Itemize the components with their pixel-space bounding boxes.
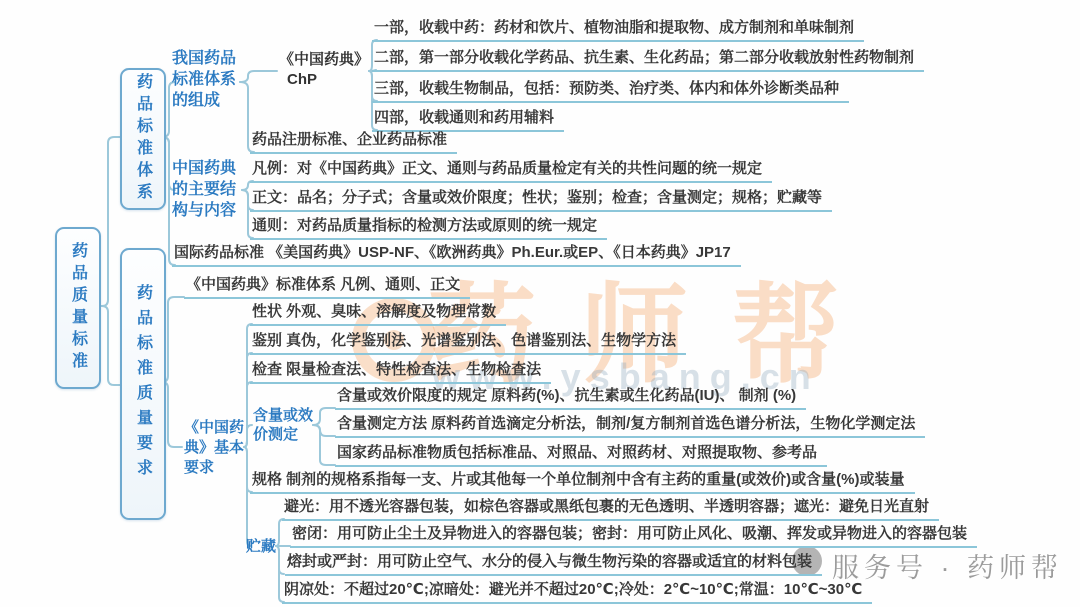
node-chp-title: 《中国药典》 <box>279 51 369 68</box>
node-group-storage: 贮藏 <box>246 538 276 556</box>
node-storage-closed-sealed: 密闭：用可防止尘土及异物进入的容器包装；密封：用可防止风化、吸潮、挥发或异物进入… <box>290 524 977 548</box>
node-chp-abbr: ChP <box>279 70 369 90</box>
node-group-assay: 含量或效价测定 <box>253 406 315 444</box>
node-branch-standard-system: 药品标准体系 <box>120 68 166 210</box>
node-general-chapters: 通则：对药品质量指标的检测方法或原则的统一规定 <box>250 216 607 240</box>
node-branch-standard-system-label: 药品标准体系 <box>132 73 155 205</box>
node-chp-volume1: 一部，收载中药：药材和饮片、植物油脂和提取物、成方制剂和单味制剂 <box>372 18 864 42</box>
node-chp: 《中国药典》 ChP <box>279 50 369 90</box>
node-assay-limits: 含量或效价限度的规定 原料药(%)、抗生素或生化药品(IU)、 制剂 (%) <box>335 386 806 410</box>
node-monographs: 正文：品名；分子式；含量或效价限度；性状；鉴别；检查；含量测定；规格；贮藏等 <box>250 188 832 212</box>
node-chp-volume2: 二部，第一部分收载化学药品、抗生素、生化药品；第二部分收载放射性药物制剂 <box>372 48 924 72</box>
node-registration-enterprise-standard: 药品注册标准、企业药品标准 <box>250 130 457 154</box>
node-chp-volume3: 三部，收载生物制品，包括：预防类、治疗类、体内和体外诊断类品种 <box>372 79 849 103</box>
node-storage-fused-sealed: 熔封或严封：用可防止空气、水分的侵入与微生物污染的容器或适宜的材料包装 <box>285 552 822 576</box>
node-specification: 规格 制剂的规格系指每一支、片或其他每一个单位制剂中含有主药的重量(或效价)或含… <box>250 470 915 494</box>
node-identification: 鉴别 真伪，化学鉴别法、光谱鉴别法、色谱鉴别法、生物学方法 <box>250 331 686 355</box>
node-branch-quality-requirements: 药品标准质量要求 <box>120 248 166 520</box>
node-storage-temperatures: 阴凉处：不超过20℃;凉暗处：避光并不超过20℃;冷处：2℃~10℃;常温：10… <box>282 580 872 604</box>
node-reference-substances: 国家药品标准物质包括标准品、对照品、对照药材、对照提取物、参考品 <box>335 443 827 467</box>
mindmap-canvas: 药师帮 www.ysbang.cn 服务号 · 药师帮 <box>0 0 1080 607</box>
node-group-composition: 我国药品标准体系的组成 <box>172 48 240 111</box>
node-assay-methods: 含量测定方法 原料药首选滴定分析法，制剂/复方制剂首选色谱分析法，生物化学测定法 <box>335 414 925 438</box>
node-tests: 检查 限量检查法、特性检查法、生物检查法 <box>250 360 551 384</box>
node-storage-avoid-light: 避光：用不透光容器包装，如棕色容器或黑纸包裹的无色透明、半透明容器；遮光：避免日… <box>282 497 939 521</box>
node-properties: 性状 外观、臭味、溶解度及物理常数 <box>250 302 506 326</box>
node-chp-standard-system: 《中国药典》标准体系 凡例、通则、正文 <box>184 275 470 299</box>
node-group-structure-content: 中国药典的主要结构与内容 <box>172 158 244 221</box>
node-root: 药品质量标准 <box>55 227 101 389</box>
node-chp-volume4: 四部，收载通则和药用辅料 <box>372 108 564 132</box>
node-root-label: 药品质量标准 <box>67 242 90 374</box>
node-branch-quality-requirements-label: 药品标准质量要求 <box>132 284 155 484</box>
node-international-standards: 国际药品标准 《美国药典》USP-NF、《欧洲药典》Ph.Eur.或EP、《日本… <box>172 243 741 267</box>
node-group-chp-basic-requirements: 《中国药典》基本要求 <box>184 418 246 478</box>
node-general-notices: 凡例：对《中国药典》正文、通则与药品质量检定有关的共性问题的统一规定 <box>250 159 772 183</box>
